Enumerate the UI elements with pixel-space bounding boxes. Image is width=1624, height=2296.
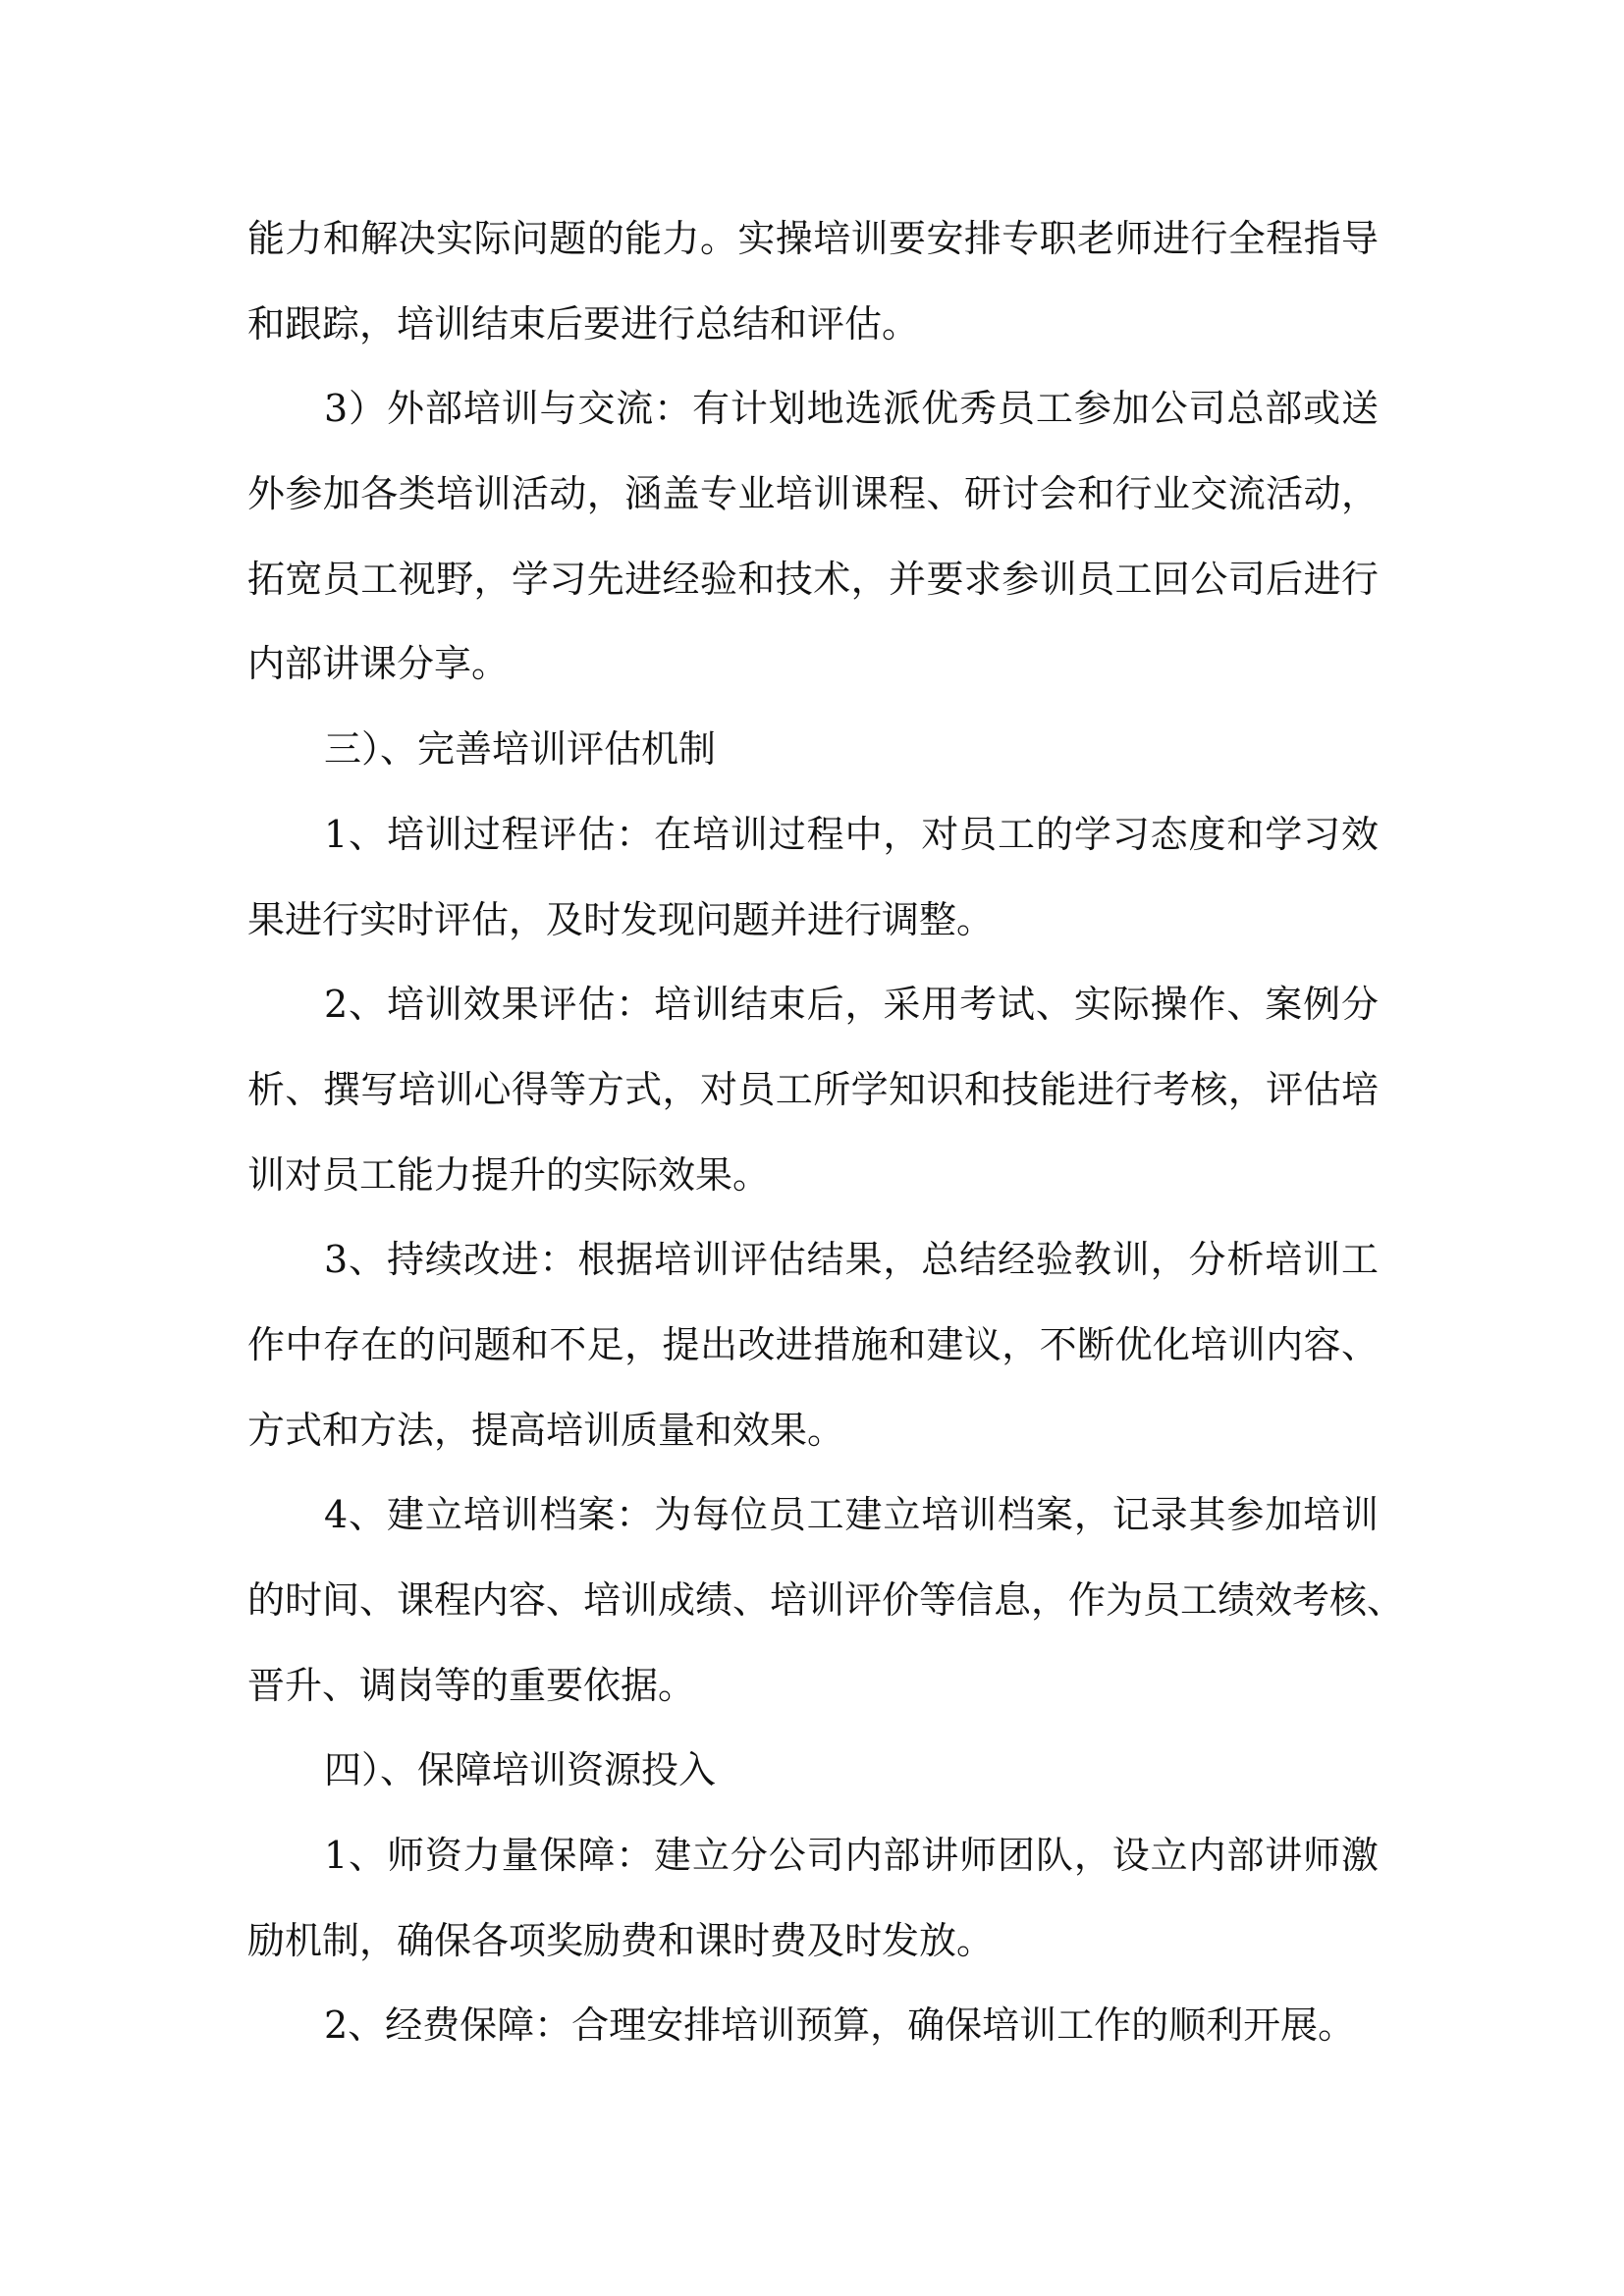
text-line: 1、师资力量保障：建立分公司内部讲师团队，设立内部讲师激 xyxy=(247,1813,1379,1898)
text-line: 晋升、调岗等的重要依据。 xyxy=(247,1643,1379,1729)
text-line: 内部讲课分享。 xyxy=(247,621,1379,707)
text-line: 励机制，确保各项奖励费和课时费及时发放。 xyxy=(247,1898,1379,1984)
text-line: 2、培训效果评估：培训结束后，采用考试、实际操作、案例分 xyxy=(247,962,1379,1047)
paragraph-faculty-guarantee: 1、师资力量保障：建立分公司内部讲师团队，设立内部讲师激 励机制，确保各项奖励费… xyxy=(247,1813,1379,1983)
text-line: 析、撰写培训心得等方式，对员工所学知识和技能进行考核，评估培 xyxy=(247,1047,1379,1133)
text-line: 和跟踪，培训结束后要进行总结和评估。 xyxy=(247,282,1379,367)
section-heading-resources: 四）、保障培训资源投入 xyxy=(247,1728,1379,1813)
paragraph-external-training: 3）外部培训与交流：有计划地选派优秀员工参加公司总部或送 外参加各类培训活动，涵… xyxy=(247,366,1379,707)
paragraph-training-records: 4、建立培训档案：为每位员工建立培训档案，记录其参加培训 的时间、课程内容、培训… xyxy=(247,1472,1379,1728)
text-line: 作中存在的问题和不足，提出改进措施和建议，不断优化培训内容、 xyxy=(247,1303,1379,1388)
paragraph-process-evaluation: 1、培训过程评估：在培训过程中，对员工的学习态度和学习效 果进行实时评估，及时发… xyxy=(247,792,1379,962)
document-page: 能力和解决实际问题的能力。实操培训要安排专职老师进行全程指导 和跟踪，培训结束后… xyxy=(0,0,1624,2296)
heading-text: 四）、保障培训资源投入 xyxy=(247,1728,1379,1813)
text-line: 3、持续改进：根据培训评估结果，总结经验教训，分析培训工 xyxy=(247,1217,1379,1303)
text-line: 的时间、课程内容、培训成绩、培训评价等信息，作为员工绩效考核、 xyxy=(247,1558,1379,1643)
text-line: 2、经费保障：合理安排培训预算，确保培训工作的顺利开展。 xyxy=(247,1983,1379,2068)
paragraph-effect-evaluation: 2、培训效果评估：培训结束后，采用考试、实际操作、案例分 析、撰写培训心得等方式… xyxy=(247,962,1379,1217)
text-line: 训对员工能力提升的实际效果。 xyxy=(247,1133,1379,1218)
paragraph-continued: 能力和解决实际问题的能力。实操培训要安排专职老师进行全程指导 和跟踪，培训结束后… xyxy=(247,196,1379,366)
paragraph-funding-guarantee: 2、经费保障：合理安排培训预算，确保培训工作的顺利开展。 xyxy=(247,1983,1379,2068)
text-line: 拓宽员工视野，学习先进经验和技术，并要求参训员工回公司后进行 xyxy=(247,537,1379,622)
text-line: 3）外部培训与交流：有计划地选派优秀员工参加公司总部或送 xyxy=(247,366,1379,452)
text-line: 能力和解决实际问题的能力。实操培训要安排专职老师进行全程指导 xyxy=(247,196,1379,282)
text-line: 外参加各类培训活动，涵盖专业培训课程、研讨会和行业交流活动， xyxy=(247,452,1379,537)
text-line: 果进行实时评估，及时发现问题并进行调整。 xyxy=(247,878,1379,963)
document-body: 能力和解决实际问题的能力。实操培训要安排专职老师进行全程指导 和跟踪，培训结束后… xyxy=(247,196,1379,2068)
text-line: 4、建立培训档案：为每位员工建立培训档案，记录其参加培训 xyxy=(247,1472,1379,1558)
paragraph-continuous-improvement: 3、持续改进：根据培训评估结果，总结经验教训，分析培训工 作中存在的问题和不足，… xyxy=(247,1217,1379,1472)
text-line: 方式和方法，提高培训质量和效果。 xyxy=(247,1388,1379,1473)
heading-text: 三）、完善培训评估机制 xyxy=(247,707,1379,792)
text-line: 1、培训过程评估：在培训过程中，对员工的学习态度和学习效 xyxy=(247,792,1379,878)
section-heading-evaluation: 三）、完善培训评估机制 xyxy=(247,707,1379,792)
